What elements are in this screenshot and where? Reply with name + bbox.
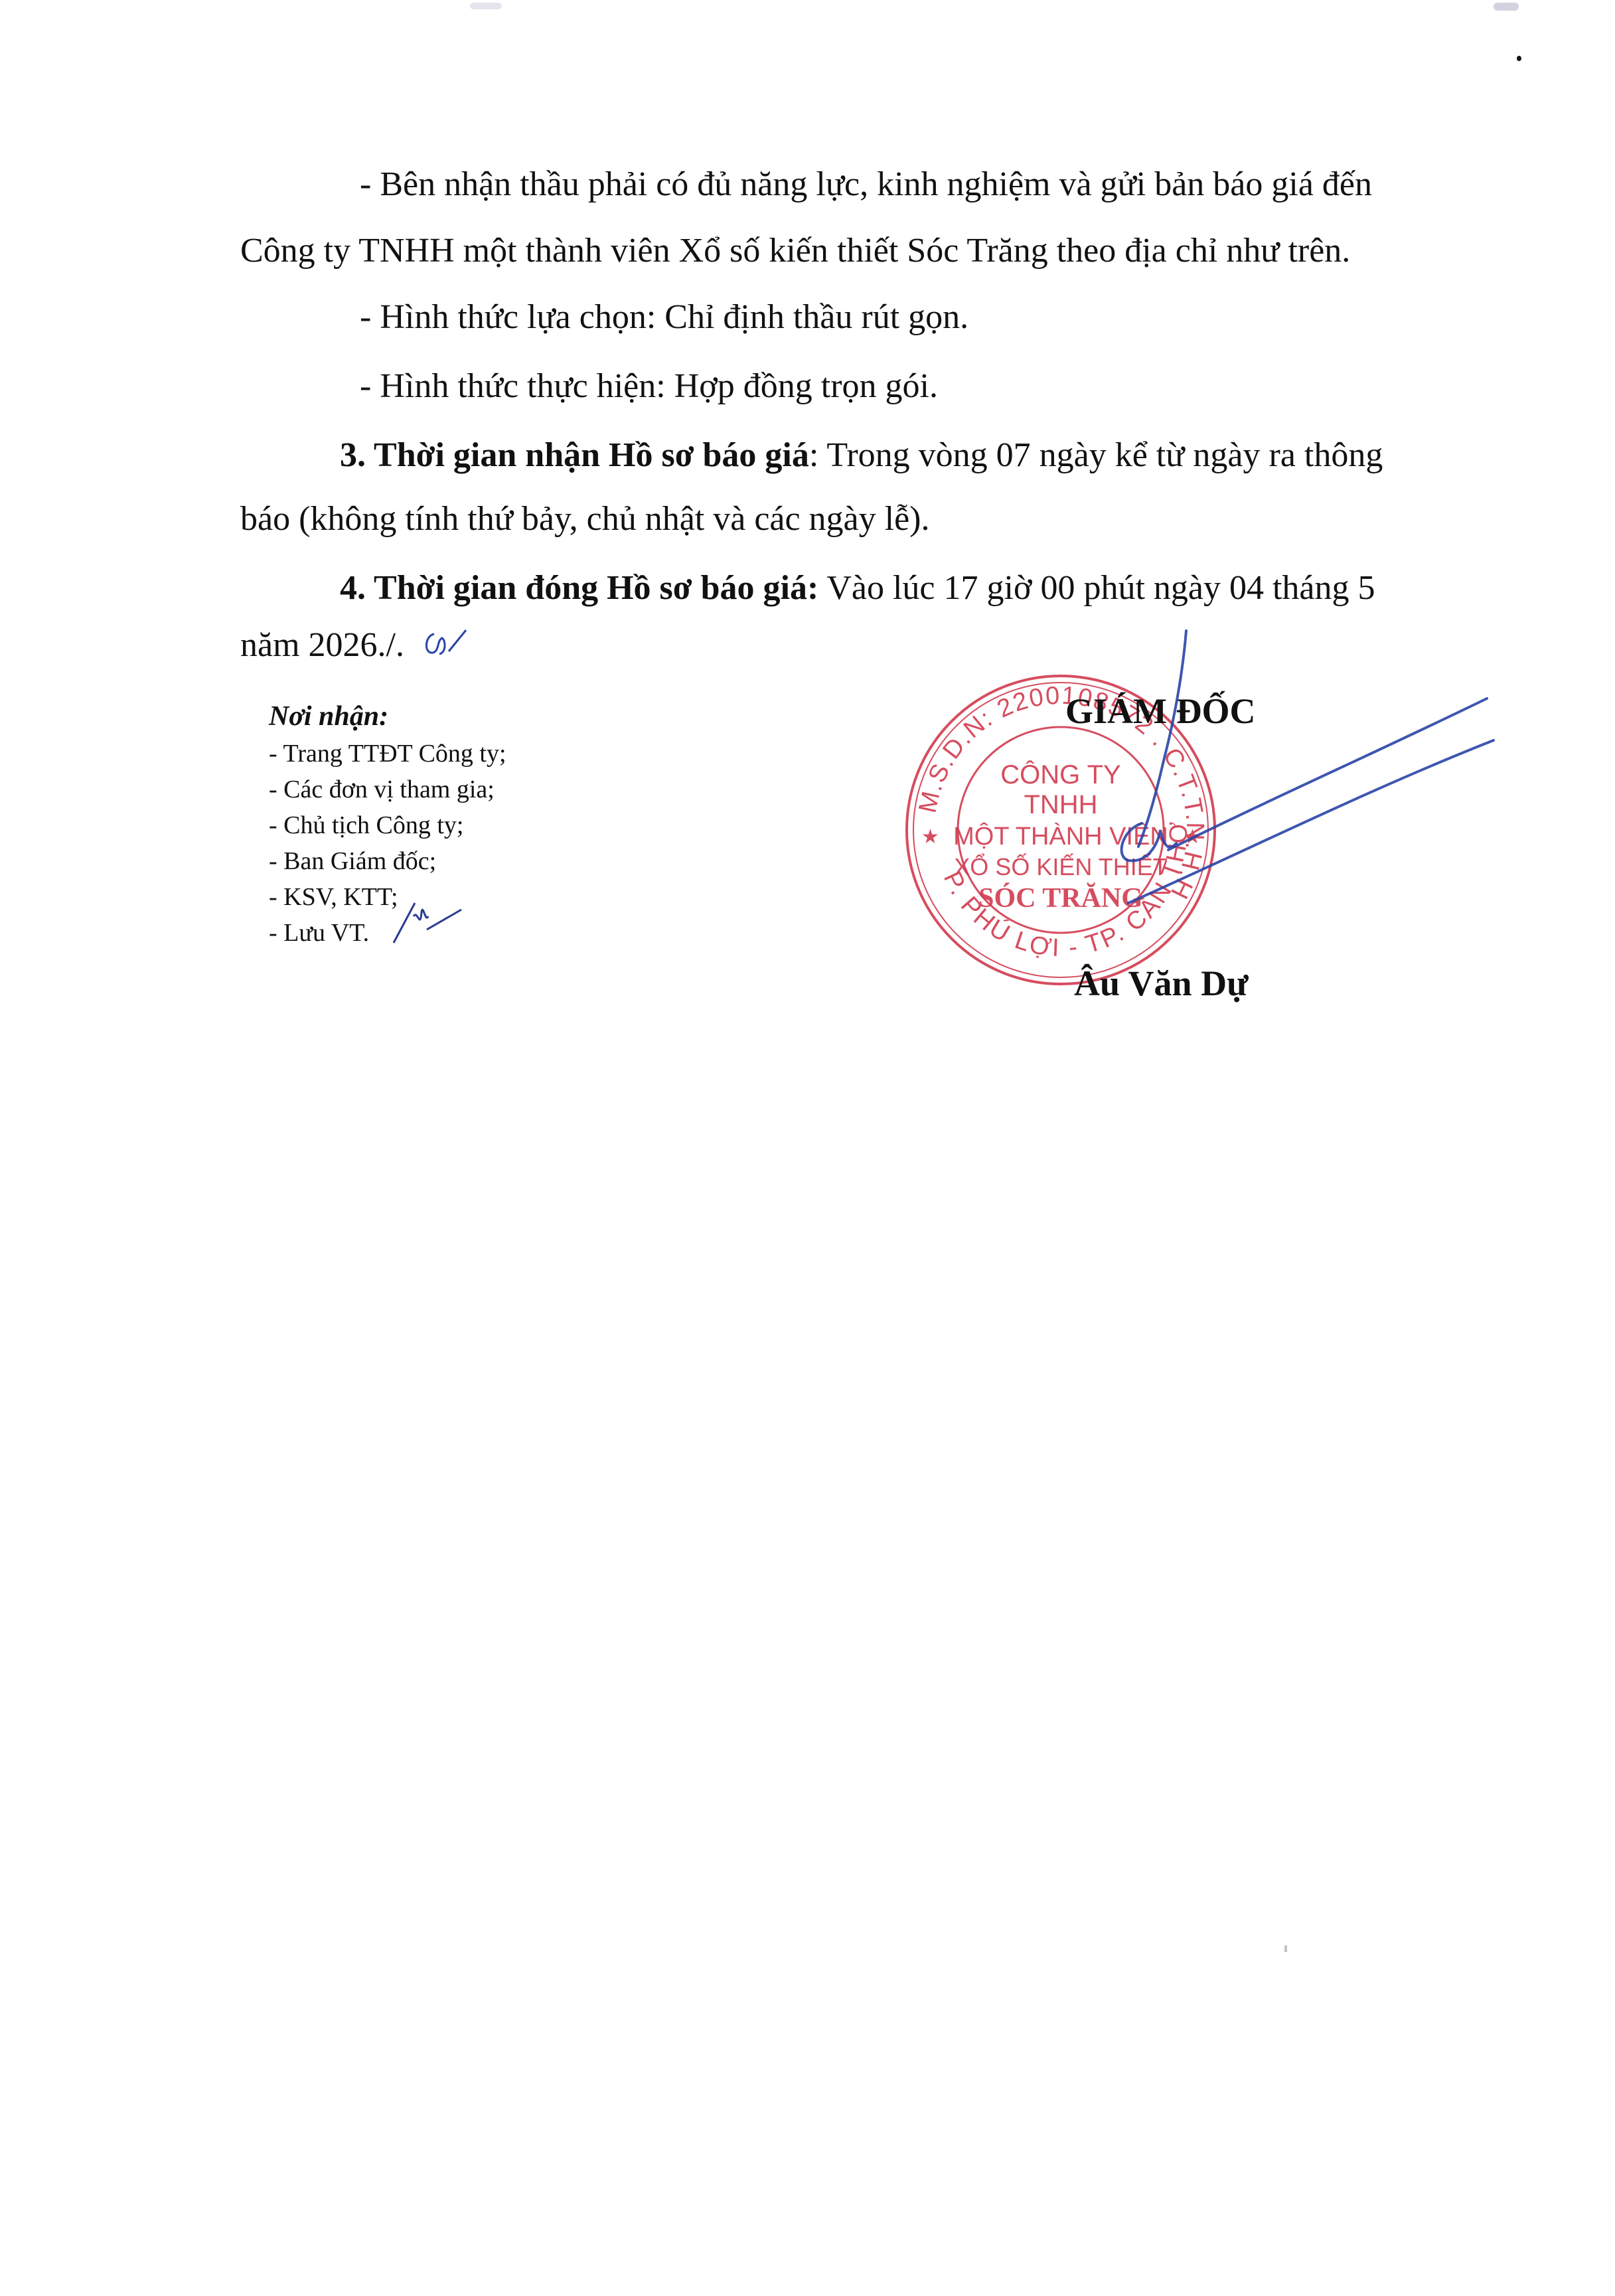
receive-time-value: : Trong vòng 07 ngày kể từ ngày ra thông [809, 436, 1383, 474]
execution-method: - Hình thức thực hiện: Hợp đồng trọn gói… [360, 367, 938, 406]
signer-name: Âu Văn Dự [1074, 963, 1249, 1004]
close-time-label: 4. Thời gian đóng Hồ sơ báo giá: [340, 569, 818, 607]
stamp-line: XỔ SỐ KIẾN THIẾT [954, 852, 1167, 880]
contractor-paragraph: - Bên nhận thầu phải có đủ năng lực, kin… [240, 151, 1488, 284]
svg-text:★: ★ [1184, 826, 1201, 848]
scan-speck [1284, 1945, 1287, 1952]
scan-smudge [470, 3, 502, 9]
initials-signature-icon [388, 890, 475, 949]
handwritten-signature-icon [0, 0, 1615, 2296]
stamp-line: SÓC TRĂNG [978, 882, 1143, 914]
receive-time-label: 3. Thời gian nhận Hồ sơ báo giá [340, 436, 809, 474]
recipient-item: - Chủ tịch Công ty; [269, 807, 506, 843]
recipients-title: Nơi nhận: [269, 698, 506, 734]
selection-method: - Hình thức lựa chọn: Chỉ định thầu rút … [360, 297, 968, 337]
stamp-line: CÔNG TY [1000, 760, 1121, 789]
svg-text:★: ★ [921, 826, 939, 848]
scan-smudge [1494, 3, 1519, 11]
recipient-item: - Ban Giám đốc; [269, 843, 506, 879]
close-time-value: Vào lúc 17 giờ 00 phút ngày 04 tháng 5 [818, 569, 1375, 607]
stamp-line: MỘT THÀNH VIÊN [953, 821, 1168, 851]
close-time-line-2: năm 2026./. [240, 625, 404, 665]
scan-dot [1517, 56, 1521, 61]
receive-time-line-1: 3. Thời gian nhận Hồ sơ báo giá: Trong v… [340, 436, 1383, 475]
initials-mark-icon [420, 621, 479, 667]
receive-time-line-2: báo (không tính thứ bảy, chủ nhật và các… [240, 499, 929, 538]
contractor-line-1: - Bên nhận thầu phải có đủ năng lực, kin… [360, 165, 1372, 203]
recipient-item: - Trang TTĐT Công ty; [269, 736, 506, 772]
contractor-line-2: Công ty TNHH một thành viên Xổ số kiến t… [240, 232, 1350, 270]
close-time-line-1: 4. Thời gian đóng Hồ sơ báo giá: Vào lúc… [340, 568, 1375, 608]
recipient-item: - Các đơn vị tham gia; [269, 772, 506, 807]
stamp-line: TNHH [1024, 790, 1097, 819]
signer-position: GIÁM ĐỐC [1065, 691, 1255, 732]
document-page: - Bên nhận thầu phải có đủ năng lực, kin… [0, 0, 1615, 2296]
